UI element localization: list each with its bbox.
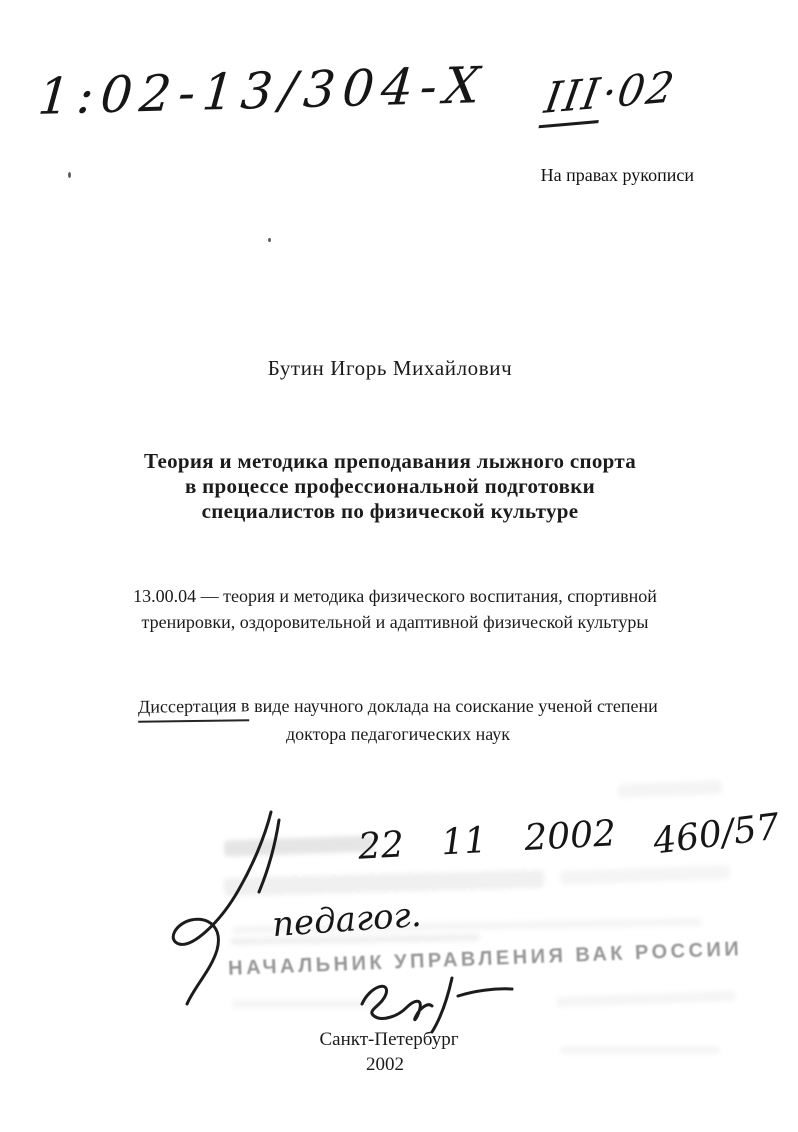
note-line-1-rest: виде научного доклада на соискание учено… [250,696,658,716]
dissertation-type-note: Диссертация в виде научного доклада на с… [0,694,796,747]
handwritten-folio-mark: III·02 [539,62,679,123]
title-line-3: специалистов по физической культуре [0,499,780,524]
scanned-title-page: 1:02-13/304-Х III·02 На правах рукописи … [0,0,798,1132]
signature-scrawl-left [145,808,285,1018]
imprint-city: Санкт-Петербург [0,1029,778,1051]
scan-speck [68,172,71,178]
imprint-year: 2002 [0,1054,770,1076]
stamp-smudge [618,780,722,798]
specialty-line-1: 13.00.04 — теория и методика физического… [0,583,790,609]
stamp-smudge [556,991,736,1007]
folio-roman-numeral: III [538,68,606,128]
handwritten-stamp-number: 460/57 [651,806,782,862]
scan-speck [268,238,271,242]
folio-suffix: ·02 [599,62,679,118]
note-underlined-part: Диссертация в [138,693,250,723]
dissertation-title: Теория и методика преподавания лыжного с… [0,449,780,524]
specialty-line-2: тренировки, оздоровительной и адаптивной… [0,609,790,635]
signature-scrawl-bottom [340,970,525,1035]
handwritten-stamp-date: 22 11 2002 [357,813,617,867]
title-line-1: Теория и методика преподавания лыжного с… [0,449,780,474]
note-line-1: Диссертация в виде научного доклада на с… [0,694,796,722]
signature-bottom-svg [340,970,525,1035]
stamp-smudge [560,865,730,885]
manuscript-rights-note: На правах рукописи [541,165,694,186]
signature-left-svg [145,808,285,1018]
title-line-2: в процессе профессиональной подготовки [0,474,780,499]
specialty-code: 13.00.04 — теория и методика физического… [0,583,790,635]
handwritten-call-number: 1:02-13/304-Х [36,56,489,126]
author-name: Бутин Игорь Михайлович [0,356,780,381]
note-line-2: доктора педагогических наук [0,722,796,747]
